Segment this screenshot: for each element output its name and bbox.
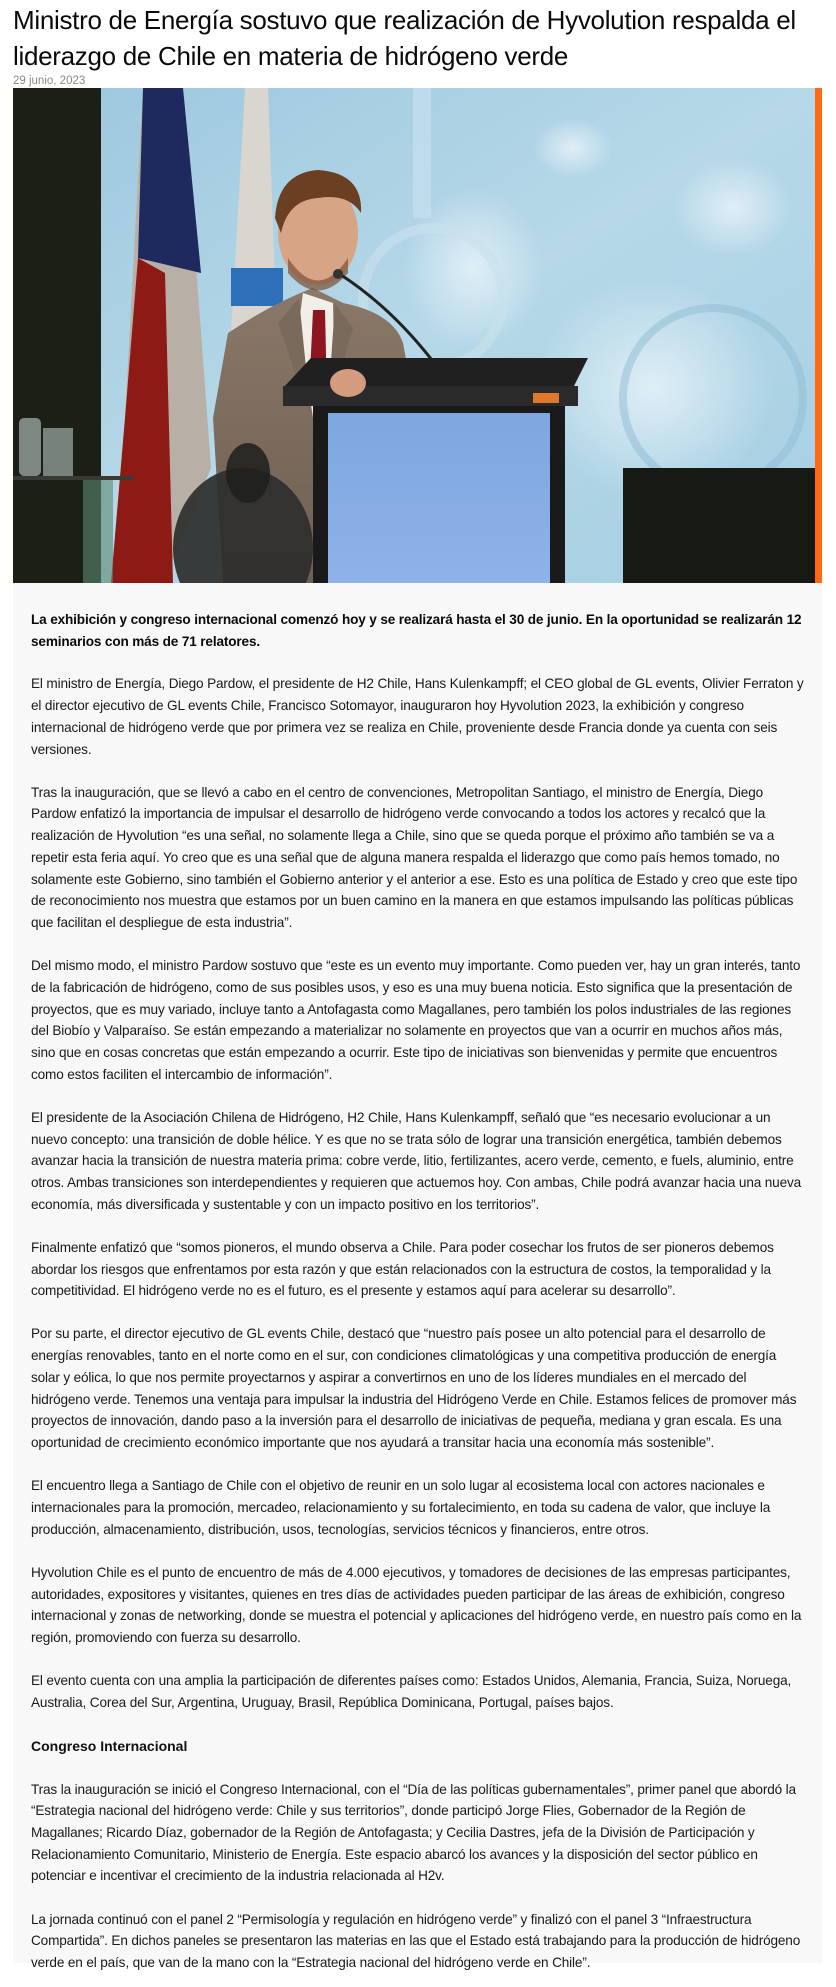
hero-image <box>13 88 815 583</box>
article-paragraph: Por su parte, el director ejecutivo de G… <box>31 1323 804 1453</box>
article-header: Ministro de Energía sostuvo que realizac… <box>13 2 813 89</box>
photo-icon <box>13 88 815 583</box>
article-lead: La exhibición y congreso internacional c… <box>31 609 804 652</box>
article-date: 29 junio, 2023 <box>13 73 813 89</box>
article-paragraph: El ministro de Energía, Diego Pardow, el… <box>31 673 804 760</box>
accent-bar <box>815 88 822 593</box>
article-paragraph: Del mismo modo, el ministro Pardow sostu… <box>31 955 804 1085</box>
article-paragraph: Hyvolution Chile es el punto de encuentr… <box>31 1562 804 1649</box>
article-paragraph: La jornada continuó con el panel 2 “Perm… <box>31 1909 804 1974</box>
article-paragraph: El encuentro llega a Santiago de Chile c… <box>31 1475 804 1540</box>
section-heading: Congreso Internacional <box>31 1735 804 1757</box>
article-title: Ministro de Energía sostuvo que realizac… <box>13 2 813 74</box>
article-paragraph: Tras la inauguración se inició el Congre… <box>31 1779 804 1888</box>
article-paragraph: El evento cuenta con una amplia la parti… <box>31 1670 804 1713</box>
article-paragraph: Finalmente enfatizó que “somos pioneros,… <box>31 1237 804 1302</box>
article-body: La exhibición y congreso internacional c… <box>13 583 822 1963</box>
article-paragraph: El presidente de la Asociación Chilena d… <box>31 1107 804 1216</box>
article-paragraph: Tras la inauguración, que se llevó a cab… <box>31 782 804 934</box>
